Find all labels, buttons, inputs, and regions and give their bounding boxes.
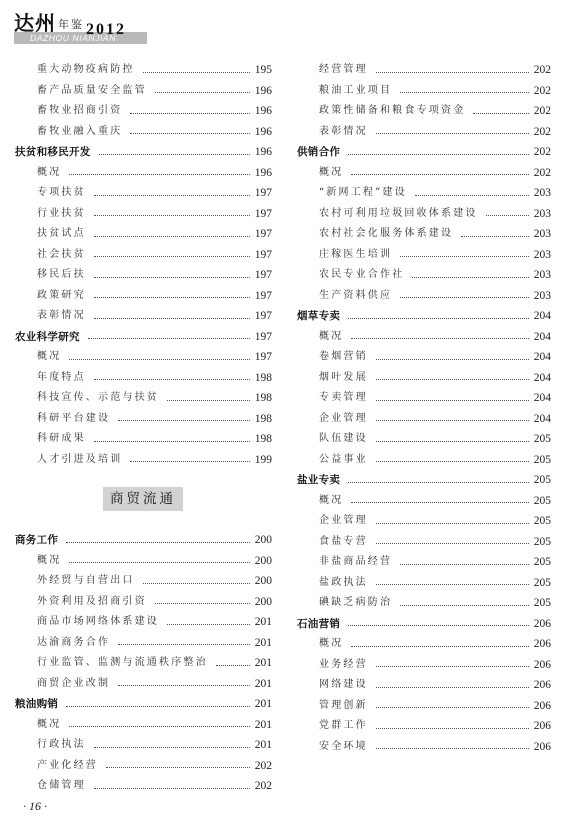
toc-entry-label: 农村可利用垃圾回收体系建设 xyxy=(297,204,478,225)
dot-leader xyxy=(376,420,529,421)
toc-entry[interactable]: “新网工程”建设203 xyxy=(297,183,551,204)
dot-leader xyxy=(216,665,250,666)
dot-leader xyxy=(348,625,529,626)
toc-entry-label: 商务工作 xyxy=(15,530,58,551)
toc-entry-label: 行业扶贫 xyxy=(15,204,86,225)
dot-leader xyxy=(348,154,529,155)
toc-entry-page: 196 xyxy=(254,122,272,143)
toc-entry-page: 203 xyxy=(533,204,551,225)
toc-entry[interactable]: 农村社会化服务体系建设203 xyxy=(297,224,551,245)
dot-leader xyxy=(66,706,250,707)
toc-entry-label: 队伍建设 xyxy=(297,429,368,450)
dot-leader xyxy=(376,441,529,442)
toc-entry-page: 206 xyxy=(533,696,551,717)
toc-entry-label: 农业科学研究 xyxy=(15,327,80,348)
dot-leader xyxy=(167,400,250,401)
toc-entry[interactable]: 生产资料供应203 xyxy=(297,286,551,307)
toc-entry[interactable]: 畜牧业融入重庆196 xyxy=(15,122,272,143)
toc-entry-label: 政策研究 xyxy=(15,286,86,307)
dot-leader xyxy=(94,379,250,380)
toc-entry[interactable]: 行业监管、监测与流通秩序整治201 xyxy=(15,653,272,674)
toc-entry-page: 197 xyxy=(254,286,272,307)
toc-entry[interactable]: 食盐专营205 xyxy=(297,532,551,553)
toc-entry[interactable]: 卷烟营销204 xyxy=(297,347,551,368)
dot-leader xyxy=(348,318,529,319)
toc-entry-page: 197 xyxy=(254,306,272,327)
toc-entry[interactable]: 畜牧业招商引资196 xyxy=(15,101,272,122)
toc-entry-page: 200 xyxy=(254,571,272,592)
toc-entry[interactable]: 产业化经营202 xyxy=(15,756,272,777)
toc-entry-page: 204 xyxy=(533,347,551,368)
dot-leader xyxy=(376,461,529,462)
toc-entry[interactable]: 庄稼医生培训203 xyxy=(297,245,551,266)
toc-entry-page: 197 xyxy=(254,183,272,204)
toc-entry-label: 党群工作 xyxy=(297,716,368,737)
toc-entry-label: 非盐商品经营 xyxy=(297,552,392,573)
toc-entry-page: 202 xyxy=(533,81,551,102)
toc-entry[interactable]: 移民后扶197 xyxy=(15,265,272,286)
toc-entry-label: 盐业专卖 xyxy=(297,470,340,491)
toc-entry-label: 科研成果 xyxy=(15,429,86,450)
toc-entry[interactable]: 概况204 xyxy=(297,327,551,348)
dot-leader xyxy=(376,133,529,134)
toc-section-entry[interactable]: 粮油购销201 xyxy=(15,694,272,715)
dot-leader xyxy=(400,297,529,298)
toc-entry-page: 204 xyxy=(533,306,551,327)
dot-leader xyxy=(130,133,250,134)
toc-entry-page: 206 xyxy=(533,655,551,676)
toc-left-column-continued: 商务工作200概况200外经贸与自营出口200外资利用及招商引资200商品市场网… xyxy=(15,530,272,797)
toc-entry-page: 202 xyxy=(533,101,551,122)
toc-entry[interactable]: 粮油工业项目202 xyxy=(297,81,551,102)
dot-leader xyxy=(376,400,529,401)
toc-entry-label: 畜牧业招商引资 xyxy=(15,101,122,122)
toc-entry-page: 197 xyxy=(254,245,272,266)
toc-entry-label: 外资利用及招商引资 xyxy=(15,592,147,613)
dot-leader xyxy=(376,748,529,749)
toc-entry-label: 达渝商务合作 xyxy=(15,633,110,654)
dot-leader xyxy=(376,687,529,688)
dot-leader xyxy=(167,624,250,625)
toc-entry-page: 203 xyxy=(533,224,551,245)
toc-entry-page: 205 xyxy=(533,511,551,532)
toc-entry-label: 重大动物疫病防控 xyxy=(15,60,135,81)
dot-leader xyxy=(486,215,529,216)
toc-entry[interactable]: 农村可利用垃圾回收体系建设203 xyxy=(297,204,551,225)
toc-entry-page: 205 xyxy=(533,552,551,573)
toc-entry[interactable]: 公益事业205 xyxy=(297,450,551,471)
dot-leader xyxy=(94,788,250,789)
toc-entry[interactable]: 农民专业合作社203 xyxy=(297,265,551,286)
toc-entry-page: 197 xyxy=(254,347,272,368)
toc-entry-page: 202 xyxy=(254,756,272,777)
dot-leader xyxy=(88,338,250,339)
toc-entry-page: 206 xyxy=(533,614,551,635)
toc-entry-page: 205 xyxy=(533,429,551,450)
toc-entry-page: 203 xyxy=(533,286,551,307)
toc-entry-page: 198 xyxy=(254,388,272,409)
toc-entry-label: 人才引进及培训 xyxy=(15,450,122,471)
toc-entry-page: 206 xyxy=(533,716,551,737)
yearbook-header: 达州 年鉴 2012 DAZHOU NIANJIAN xyxy=(14,4,154,48)
toc-entry-label: 粮油工业项目 xyxy=(297,81,392,102)
dot-leader xyxy=(155,603,250,604)
toc-section-entry[interactable]: 盐业专卖205 xyxy=(297,470,551,491)
toc-entry-page: 201 xyxy=(254,653,272,674)
toc-entry-label: 烟草专卖 xyxy=(297,306,340,327)
yearbook-year: 2012 xyxy=(86,21,126,39)
toc-entry-label: 庄稼医生培训 xyxy=(297,245,392,266)
toc-entry-page: 198 xyxy=(254,429,272,450)
toc-entry-page: 201 xyxy=(254,674,272,695)
toc-entry[interactable]: 科研平台建设198 xyxy=(15,409,272,430)
toc-entry[interactable]: 专项扶贫197 xyxy=(15,183,272,204)
toc-entry-label: 盐政执法 xyxy=(297,573,368,594)
toc-entry-label: 扶贫和移民开发 xyxy=(15,142,91,163)
toc-entry-label: 行业监管、监测与流通秩序整治 xyxy=(15,653,208,674)
toc-entry-label: 网络建设 xyxy=(297,675,368,696)
dot-leader xyxy=(461,236,529,237)
dot-leader xyxy=(415,195,529,196)
dot-leader xyxy=(400,92,529,93)
dot-leader xyxy=(376,379,529,380)
dot-leader xyxy=(94,441,250,442)
toc-entry-label: 畜产品质量安全监管 xyxy=(15,81,147,102)
dot-leader xyxy=(376,72,529,73)
page-number: · 16 · xyxy=(23,799,47,814)
toc-entry-page: 199 xyxy=(254,450,272,471)
dot-leader xyxy=(94,297,250,298)
dot-leader xyxy=(376,666,529,667)
toc-entry-label: 概况 xyxy=(297,634,343,655)
dot-leader xyxy=(118,420,250,421)
toc-entry-label: 年度特点 xyxy=(15,368,86,389)
toc-entry-label: 石油营销 xyxy=(297,614,340,635)
toc-entry-page: 205 xyxy=(533,532,551,553)
toc-entry[interactable]: 概况196 xyxy=(15,163,272,184)
toc-entry-page: 206 xyxy=(533,737,551,758)
dot-leader xyxy=(473,113,529,114)
toc-entry-page: 201 xyxy=(254,633,272,654)
dot-leader xyxy=(376,543,529,544)
toc-entry-page: 204 xyxy=(533,327,551,348)
toc-entry-label: 表彰情况 xyxy=(297,122,368,143)
toc-entry-label: 科技宣传、示范与扶贫 xyxy=(15,388,159,409)
toc-entry[interactable]: 表彰情况202 xyxy=(297,122,551,143)
toc-entry-label: 专项扶贫 xyxy=(15,183,86,204)
toc-entry-label: 表彰情况 xyxy=(15,306,86,327)
toc-entry[interactable]: 经营管理202 xyxy=(297,60,551,81)
toc-entry[interactable]: 人才引进及培训199 xyxy=(15,450,272,471)
dot-leader xyxy=(94,277,250,278)
dot-leader xyxy=(376,359,529,360)
toc-entry[interactable]: 队伍建设205 xyxy=(297,429,551,450)
toc-entry-label: 商贸企业改制 xyxy=(15,674,110,695)
toc-entry-page: 203 xyxy=(533,183,551,204)
toc-entry-page: 203 xyxy=(533,265,551,286)
dot-leader xyxy=(118,644,250,645)
toc-entry-page: 200 xyxy=(254,551,272,572)
toc-entry[interactable]: 科技宣传、示范与扶贫198 xyxy=(15,388,272,409)
toc-entry-label: 政策性储备和粮食专项资金 xyxy=(297,101,465,122)
dot-leader xyxy=(94,747,250,748)
toc-entry[interactable]: 扶贫试点197 xyxy=(15,224,272,245)
toc-entry-label: 仓储管理 xyxy=(15,776,86,797)
dot-leader xyxy=(348,482,529,483)
toc-entry-label: 移民后扶 xyxy=(15,265,86,286)
dot-leader xyxy=(351,502,529,503)
toc-entry-page: 205 xyxy=(533,593,551,614)
toc-entry[interactable]: 表彰情况197 xyxy=(15,306,272,327)
toc-section-entry[interactable]: 供销合作202 xyxy=(297,142,551,163)
toc-entry-page: 200 xyxy=(254,592,272,613)
toc-entry[interactable]: 社会扶贫197 xyxy=(15,245,272,266)
toc-entry-label: 产业化经营 xyxy=(15,756,98,777)
toc-entry-label: 概况 xyxy=(297,491,343,512)
toc-entry[interactable]: 政策性储备和粮食专项资金202 xyxy=(297,101,551,122)
toc-entry[interactable]: 重大动物疫病防控195 xyxy=(15,60,272,81)
toc-entry-label: 碘缺乏病防治 xyxy=(297,593,392,614)
toc-entry-label: 经营管理 xyxy=(297,60,368,81)
toc-entry[interactable]: 商品市场网络体系建设201 xyxy=(15,612,272,633)
toc-entry-page: 202 xyxy=(533,142,551,163)
toc-entry[interactable]: 安全环境206 xyxy=(297,737,551,758)
toc-entry[interactable]: 企业管理204 xyxy=(297,409,551,430)
dot-leader xyxy=(69,562,250,563)
dot-leader xyxy=(155,92,250,93)
toc-entry[interactable]: 科研成果198 xyxy=(15,429,272,450)
toc-entry-label: 畜牧业融入重庆 xyxy=(15,122,122,143)
toc-section-entry[interactable]: 扶贫和移民开发196 xyxy=(15,142,272,163)
toc-entry-label: 企业管理 xyxy=(297,409,368,430)
toc-entry[interactable]: 碘缺乏病防治205 xyxy=(297,593,551,614)
toc-entry-page: 206 xyxy=(533,634,551,655)
toc-entry-page: 202 xyxy=(254,776,272,797)
toc-entry[interactable]: 仓储管理202 xyxy=(15,776,272,797)
toc-entry[interactable]: 行政执法201 xyxy=(15,735,272,756)
toc-section-entry[interactable]: 石油营销206 xyxy=(297,614,551,635)
dot-leader xyxy=(376,584,529,585)
toc-entry-label: 概况 xyxy=(15,715,61,736)
toc-entry-page: 201 xyxy=(254,735,272,756)
toc-entry-page: 206 xyxy=(533,675,551,696)
toc-entry-page: 198 xyxy=(254,368,272,389)
toc-entry-page: 195 xyxy=(254,60,272,81)
toc-entry[interactable]: 行业扶贫197 xyxy=(15,204,272,225)
toc-entry-page: 197 xyxy=(254,327,272,348)
toc-section-entry[interactable]: 烟草专卖204 xyxy=(297,306,551,327)
dot-leader xyxy=(143,72,250,73)
toc-entry-page: 205 xyxy=(533,491,551,512)
toc-entry-page: 197 xyxy=(254,204,272,225)
toc-entry-label: 外经贸与自营出口 xyxy=(15,571,135,592)
dot-leader xyxy=(69,726,250,727)
toc-entry[interactable]: 外资利用及招商引资200 xyxy=(15,592,272,613)
toc-entry-label: 农村社会化服务体系建设 xyxy=(297,224,453,245)
toc-entry-label: 安全环境 xyxy=(297,737,368,758)
toc-entry-label: 供销合作 xyxy=(297,142,340,163)
toc-entry-page: 205 xyxy=(533,470,551,491)
toc-entry-label: 食盐专营 xyxy=(297,532,368,553)
toc-entry-label: 公益事业 xyxy=(297,450,368,471)
toc-entry-page: 205 xyxy=(533,450,551,471)
dot-leader xyxy=(400,605,529,606)
toc-entry-label: 概况 xyxy=(15,551,61,572)
dot-leader xyxy=(94,318,250,319)
toc-entry-label: 业务经营 xyxy=(297,655,368,676)
toc-entry-label: 概况 xyxy=(15,347,61,368)
toc-entry-page: 204 xyxy=(533,368,551,389)
dot-leader xyxy=(94,236,250,237)
toc-entry-page: 202 xyxy=(533,122,551,143)
toc-entry[interactable]: 畜产品质量安全监管196 xyxy=(15,81,272,102)
dot-leader xyxy=(130,113,250,114)
toc-entry-label: 商品市场网络体系建设 xyxy=(15,612,159,633)
toc-entry-page: 204 xyxy=(533,409,551,430)
toc-entry-label: 概况 xyxy=(297,163,343,184)
toc-entry-label: 企业管理 xyxy=(297,511,368,532)
toc-entry[interactable]: 年度特点198 xyxy=(15,368,272,389)
toc-entry-page: 201 xyxy=(254,715,272,736)
toc-entry-page: 196 xyxy=(254,142,272,163)
toc-entry-label: 卷烟营销 xyxy=(297,347,368,368)
toc-entry-label: 社会扶贫 xyxy=(15,245,86,266)
dot-leader xyxy=(351,338,529,339)
toc-entry[interactable]: 概况200 xyxy=(15,551,272,572)
dot-leader xyxy=(69,359,250,360)
dot-leader xyxy=(351,174,529,175)
toc-entry-label: 烟叶发展 xyxy=(297,368,368,389)
dot-leader xyxy=(412,277,529,278)
dot-leader xyxy=(376,523,529,524)
toc-entry[interactable]: 烟叶发展204 xyxy=(297,368,551,389)
dot-leader xyxy=(66,542,250,543)
dot-leader xyxy=(69,174,250,175)
section-banner: 商贸流通 xyxy=(103,487,183,511)
dot-leader xyxy=(400,256,529,257)
toc-entry[interactable]: 管理创新206 xyxy=(297,696,551,717)
toc-entry[interactable]: 非盐商品经营205 xyxy=(297,552,551,573)
toc-entry-page: 205 xyxy=(533,573,551,594)
toc-section-entry[interactable]: 农业科学研究197 xyxy=(15,327,272,348)
toc-entry-page: 204 xyxy=(533,388,551,409)
toc-entry[interactable]: 盐政执法205 xyxy=(297,573,551,594)
toc-entry-page: 200 xyxy=(254,530,272,551)
dot-leader xyxy=(94,215,250,216)
toc-entry-page: 203 xyxy=(533,245,551,266)
toc-entry[interactable]: 政策研究197 xyxy=(15,286,272,307)
toc-entry[interactable]: 专卖管理204 xyxy=(297,388,551,409)
toc-entry[interactable]: 概况205 xyxy=(297,491,551,512)
toc-entry-page: 202 xyxy=(533,163,551,184)
toc-entry[interactable]: 党群工作206 xyxy=(297,716,551,737)
dot-leader xyxy=(130,461,250,462)
toc-entry[interactable]: 概况197 xyxy=(15,347,272,368)
toc-entry-page: 197 xyxy=(254,265,272,286)
toc-entry[interactable]: 业务经营206 xyxy=(297,655,551,676)
toc-entry-label: 粮油购销 xyxy=(15,694,58,715)
toc-section-entry[interactable]: 商务工作200 xyxy=(15,530,272,551)
dot-leader xyxy=(400,564,529,565)
toc-entry-page: 202 xyxy=(533,60,551,81)
toc-entry-label: 管理创新 xyxy=(297,696,368,717)
dot-leader xyxy=(143,583,250,584)
toc-entry[interactable]: 网络建设206 xyxy=(297,675,551,696)
dot-leader xyxy=(118,685,250,686)
toc-entry[interactable]: 企业管理205 xyxy=(297,511,551,532)
toc-entry-page: 201 xyxy=(254,694,272,715)
toc-entry[interactable]: 概况202 xyxy=(297,163,551,184)
toc-left-column: 重大动物疫病防控195畜产品质量安全监管196畜牧业招商引资196畜牧业融入重庆… xyxy=(15,60,272,470)
toc-entry[interactable]: 外经贸与自营出口200 xyxy=(15,571,272,592)
toc-entry[interactable]: 概况206 xyxy=(297,634,551,655)
dot-leader xyxy=(94,195,250,196)
toc-entry[interactable]: 商贸企业改制201 xyxy=(15,674,272,695)
toc-entry-page: 196 xyxy=(254,163,272,184)
toc-entry-label: 概况 xyxy=(15,163,61,184)
toc-entry-label: 生产资料供应 xyxy=(297,286,392,307)
toc-right-column: 经营管理202粮油工业项目202政策性储备和粮食专项资金202表彰情况202供销… xyxy=(297,60,551,757)
toc-entry-label: 行政执法 xyxy=(15,735,86,756)
dot-leader xyxy=(99,154,250,155)
toc-entry-label: 农民专业合作社 xyxy=(297,265,404,286)
dot-leader xyxy=(376,707,529,708)
dot-leader xyxy=(106,767,250,768)
toc-entry-page: 198 xyxy=(254,409,272,430)
pinyin-bar: DAZHOU NIANJIAN xyxy=(14,32,147,44)
toc-entry-label: 专卖管理 xyxy=(297,388,368,409)
toc-entry[interactable]: 达渝商务合作201 xyxy=(15,633,272,654)
yearbook-subtitle: 年鉴 xyxy=(58,16,84,32)
toc-entry-page: 196 xyxy=(254,81,272,102)
toc-entry[interactable]: 概况201 xyxy=(15,715,272,736)
dot-leader xyxy=(376,728,529,729)
toc-entry-page: 201 xyxy=(254,612,272,633)
toc-entry-label: “新网工程”建设 xyxy=(297,183,407,204)
toc-entry-page: 196 xyxy=(254,101,272,122)
toc-entry-label: 概况 xyxy=(297,327,343,348)
toc-entry-page: 197 xyxy=(254,224,272,245)
toc-entry-label: 扶贫试点 xyxy=(15,224,86,245)
dot-leader xyxy=(94,256,250,257)
toc-entry-label: 科研平台建设 xyxy=(15,409,110,430)
dot-leader xyxy=(351,646,529,647)
